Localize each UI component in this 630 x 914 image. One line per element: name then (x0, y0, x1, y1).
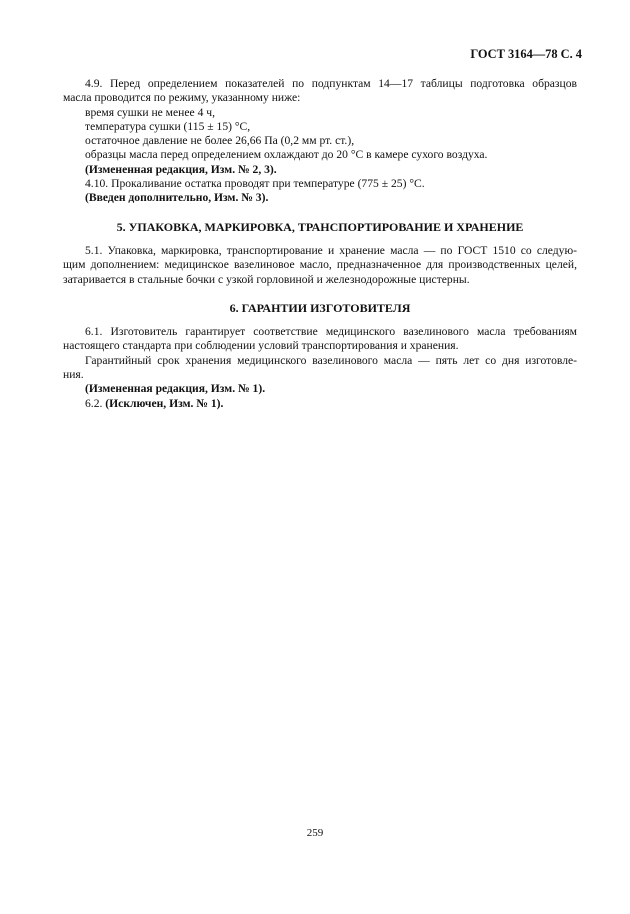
clause-6-1-line-1: 6.1. Изготовитель гарантирует соответств… (63, 325, 577, 339)
clause-6-1-amendment-note: (Измененная редакция, Изм. № 1). (63, 382, 577, 396)
clause-5-1-line-1: 5.1. Упаковка, маркировка, транспортиров… (63, 244, 577, 258)
clause-4-10: 4.10. Прокаливание остатка проводят при … (63, 177, 577, 191)
clause-4-9-line-1: 4.9. Перед определением показателей по п… (63, 77, 577, 91)
section-6-heading: 6. ГАРАНТИИ ИЗГОТОВИТЕЛЯ (63, 301, 577, 315)
drying-temperature-item: температура сушки (115 ± 15) °С, (63, 120, 577, 134)
clause-6-1-line-2: настоящего стандарта при соблюдении усло… (63, 339, 577, 353)
clause-4-10-amendment-note: (Введен дополнительно, Изм. № 3). (63, 191, 577, 205)
warranty-line-2: ния. (63, 368, 577, 382)
page-number: 259 (0, 827, 630, 839)
drying-time-item: время сушки не менее 4 ч, (63, 106, 577, 120)
clause-6-2-excluded-note: (Исключен, Изм. № 1). (105, 397, 223, 410)
document-body: 4.9. Перед определением показателей по п… (63, 77, 577, 411)
clause-4-9-line-2: масла проводится по режиму, указанному н… (63, 91, 577, 105)
document-page: ГОСТ 3164—78 С. 4 4.9. Перед определение… (0, 0, 630, 914)
clause-6-2: 6.2. (Исключен, Изм. № 1). (63, 397, 577, 411)
running-header: ГОСТ 3164—78 С. 4 (470, 47, 582, 62)
clause-6-2-number: 6.2. (85, 397, 102, 410)
warranty-line-1: Гарантийный срок хранения медицинского в… (63, 354, 577, 368)
clause-4-9-amendment-note: (Измененная редакция, Изм. № 2, 3). (63, 163, 577, 177)
clause-5-1-line-2: щим дополнением: медицинское вазелиновое… (63, 258, 577, 272)
section-5-heading: 5. УПАКОВКА, МАРКИРОВКА, ТРАНСПОРТИРОВАН… (63, 220, 577, 234)
clause-5-1-line-3: затаривается в стальные бочки с узкой го… (63, 273, 577, 287)
residual-pressure-item: остаточное давление не более 26,66 Па (0… (63, 134, 577, 148)
cooling-item: образцы масла перед определением охлажда… (63, 148, 577, 162)
